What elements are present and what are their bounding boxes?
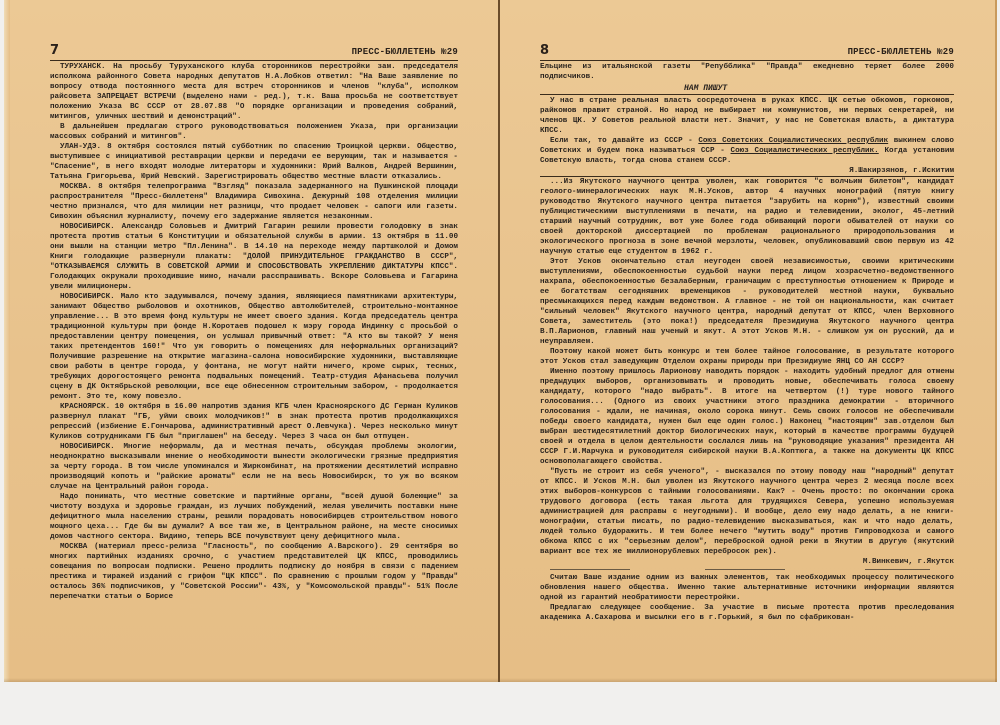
letter-1-paragraph-1: У нас в стране реальная власть сосредото… (540, 96, 954, 136)
letter-2-paragraph: ...Из Якутского научного центра уволен, … (540, 177, 954, 257)
letter-2-paragraph: "Пусть не строит из себя ученого", - выс… (540, 467, 954, 557)
news-item-novosibirsk-buildings: НОВОСИБИРСК. Мало кто задумывался, почем… (50, 292, 458, 402)
news-item-novosibirsk-ecology: НОВОСИБИРСК. Многие неформалы, да и мест… (50, 442, 458, 492)
left-page: 7 ПРЕСС-БЮЛЛЕТЕНЬ №29 ТУРУХАНСК. На прос… (4, 0, 498, 682)
news-item-turukhansk: ТУРУХАНСК. На просьбу Туруханского клуба… (50, 62, 458, 122)
section-heading: НАМ ПИШУТ (540, 84, 954, 95)
news-item-krasnoyarsk: КРАСНОЯРСК. 10 октября в 16.00 напротив … (50, 402, 458, 442)
section-heading-label: НАМ ПИШУТ (682, 84, 729, 94)
letter-2-paragraph: Именно поэтому пришлось Ларионову наводи… (540, 367, 954, 467)
letter-3-paragraph: Предлагаю следующее сообщение. За участи… (540, 603, 954, 623)
paper-edge-shadow (4, 678, 997, 682)
underlined-phrase: Союз Социалистических республик. (731, 147, 879, 155)
letter-2-paragraph: Поэтому какой может быть конкурс и тем б… (540, 347, 954, 367)
divider (865, 569, 930, 570)
continuation-text: Ельцине из итальянской газеты "Репубблик… (540, 62, 954, 82)
bulletin-title: ПРЕСС-БЮЛЛЕТЕНЬ №29 (848, 47, 954, 57)
news-item-novosibirsk-soap: Надо понимать, что местные советские и п… (50, 492, 458, 542)
divider (705, 569, 785, 570)
separator-lines (540, 567, 954, 572)
letter-2-paragraph: Этот Усков окончательно стал неугоден св… (540, 257, 954, 347)
news-item-moscow-subscription: МОСКВА (материал пресс-релиза "Гласность… (50, 542, 458, 602)
page-number: 7 (50, 43, 59, 58)
page-number: 8 (540, 43, 549, 58)
news-item-moscow-vzglyad: МОСКВА. 8 октября телепрограмма "Взгляд"… (50, 182, 458, 222)
letter-1-paragraph-2: Если так, то давайте из СССР - Союз Сове… (540, 136, 954, 166)
text-fragment: Если так, то давайте из СССР - (550, 137, 698, 145)
letter-3-paragraph: Считаю Ваше издание одним из важных элем… (540, 573, 954, 603)
news-item-turukhansk-cont: В дальнейшем предлагаю строго руководств… (50, 122, 458, 142)
bulletin-title: ПРЕСС-БЮЛЛЕТЕНЬ №29 (352, 47, 458, 57)
divider (550, 569, 630, 570)
right-page-header: 8 ПРЕСС-БЮЛЛЕТЕНЬ №29 (540, 46, 954, 61)
right-page: 8 ПРЕСС-БЮЛЛЕТЕНЬ №29 Ельцине из итальян… (500, 0, 997, 682)
underlined-phrase: Союз Советских Социалистических республи… (698, 137, 888, 145)
news-item-novosibirsk-hunger-strike: НОВОСИБИРСК. Александр Соловьев и Дмитри… (50, 222, 458, 292)
letter-2-signature: М.Винкевич, г.Якутск (540, 557, 954, 567)
left-page-header: 7 ПРЕСС-БЮЛЛЕТЕНЬ №29 (50, 46, 458, 61)
left-page-body: ТУРУХАНСК. На просьбу Туруханского клуба… (50, 62, 458, 602)
right-page-body: Ельцине из итальянской газеты "Репубблик… (540, 62, 954, 623)
document-spread: 7 ПРЕСС-БЮЛЛЕТЕНЬ №29 ТУРУХАНСК. На прос… (4, 0, 997, 682)
news-item-ulan-ude: УЛАН-УДЭ. 8 октября состоялся пятый субб… (50, 142, 458, 182)
letter-1-signature: Я.Шакирзянов, г.Искитим (540, 166, 954, 177)
